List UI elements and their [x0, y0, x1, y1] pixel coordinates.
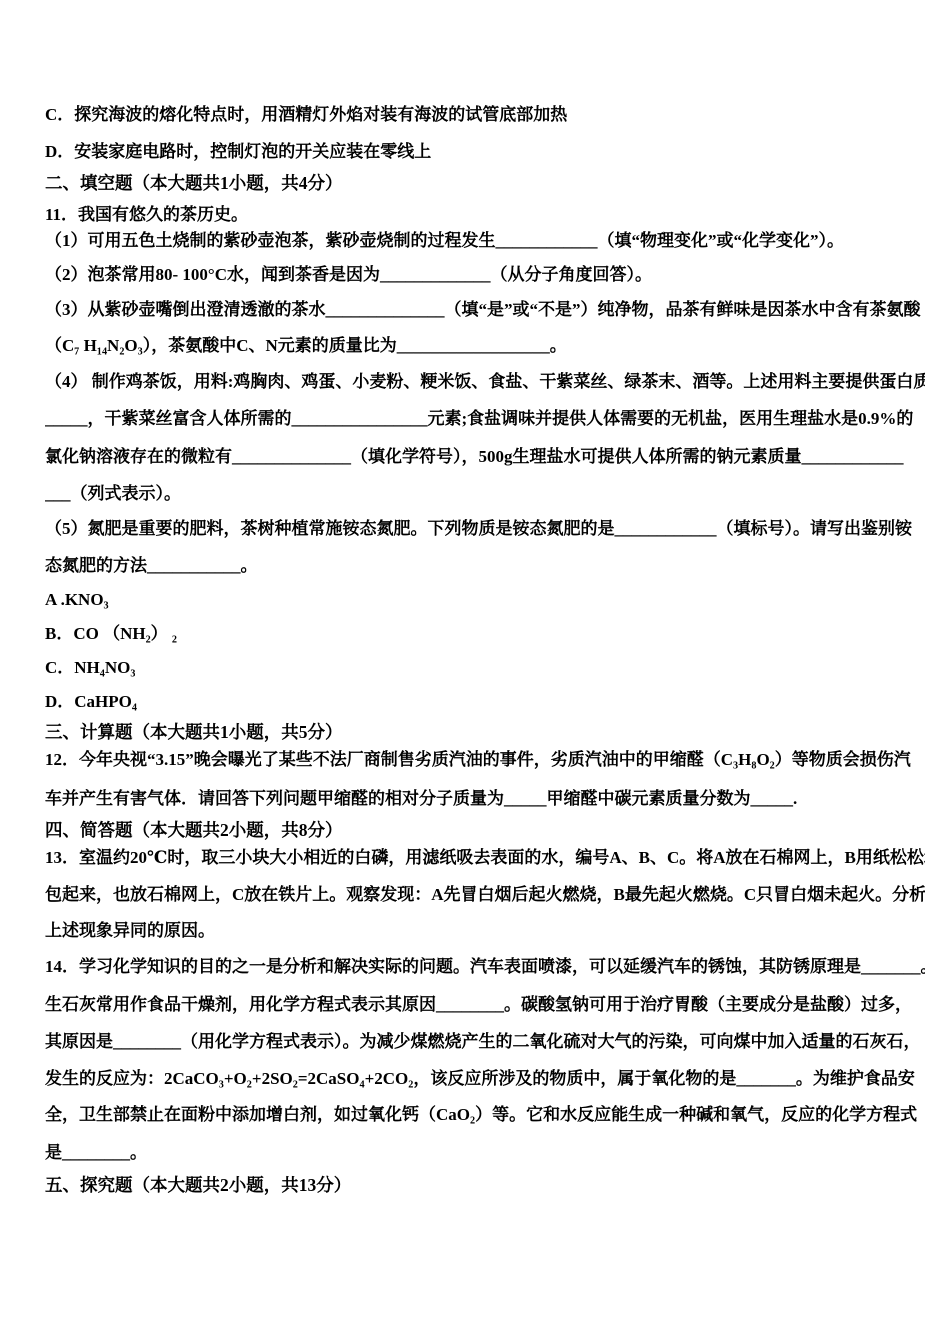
q14-line1: 14．学习化学知识的目的之一是分析和解决实际的问题。汽车表面喷漆，可以延缓汽车的… — [45, 956, 925, 977]
q11-choice-c: C．NH₄NO₃ — [45, 657, 135, 678]
q11-part2: （2）泡茶常用80- 100°C水，闻到茶香是因为_____________（从… — [45, 264, 652, 285]
q11-part3-line2: （C₇ H₁₄N₂O₃），茶氨酸中C、N元素的质量比为_____________… — [45, 335, 567, 356]
section-5-header: 五、探究题（本大题共2小题，共13分） — [45, 1175, 351, 1196]
q11-choice-d: D．CaHPO₄ — [45, 691, 137, 712]
q14-line6: 是________。 — [45, 1142, 147, 1163]
section-2-header: 二、填空题（本大题共1小题，共4分） — [45, 173, 343, 194]
q11-choice-a: A .KNO₃ — [45, 589, 109, 610]
q14-line4: 发生的反应为：2CaCO₃+O₂+2SO₂=2CaSO₄+2CO₂，该反应所涉及… — [45, 1068, 915, 1089]
q12-line1: 12．今年央视“3.15”晚会曝光了某些不法厂商制售劣质汽油的事件，劣质汽油中的… — [45, 749, 911, 770]
section-4-header: 四、简答题（本大题共2小题，共8分） — [45, 820, 343, 841]
q11-part4-line3: 氯化钠溶液存在的微粒有______________（填化学符号），500g生理盐… — [45, 446, 904, 467]
q11-part5-line2: 态氮肥的方法___________。 — [45, 555, 258, 576]
q14-line3: 其原因是________（用化学方程式表示）。为减少煤燃烧产生的二氧化硫对大气的… — [45, 1031, 921, 1052]
q14-line2: 生石灰常用作食品干燥剂，用化学方程式表示其原因________。碳酸氢钠可用于治… — [45, 994, 912, 1015]
q11-part5-line1: （5）氮肥是重要的肥料，茶树种植常施铵态氮肥。下列物质是铵态氮肥的是______… — [45, 518, 912, 539]
q11-choice-b: B．CO （NH₂） ₂ — [45, 623, 177, 644]
q11-part4-line4: ___（列式表示）。 — [45, 483, 181, 504]
q11-part3-line1: （3）从紫砂壶嘴倒出澄清透澈的茶水______________（填“是”或“不是… — [45, 299, 921, 320]
q13-line3: 上述现象异同的原因。 — [45, 920, 215, 941]
exam-document-page: C．探究海波的熔化特点时，用酒精灯外焰对装有海波的试管底部加热D．安装家庭电路时… — [0, 0, 950, 1344]
option-d: D．安装家庭电路时，控制灯泡的开关应装在零线上 — [45, 141, 431, 162]
q11-part4-line1: （4） 制作鸡茶饭，用料:鸡胸肉、鸡蛋、小麦粉、粳米饭、食盐、干紫菜丝、绿茶末、… — [45, 371, 925, 392]
q14-line5: 全，卫生部禁止在面粉中添加增白剂，如过氧化钙（CaO₂）等。它和水反应能生成一种… — [45, 1104, 917, 1125]
q11-intro: 11．我国有悠久的茶历史。 — [45, 204, 248, 225]
q13-line2: 包起来，也放石棉网上，C放在铁片上。观察发现：A先冒白烟后起火燃烧，B最先起火燃… — [45, 884, 925, 905]
q11-part4-line2: _____，干紫菜丝富含人体所需的________________元素;食盐调味… — [45, 408, 913, 429]
q13-line1: 13．室温约20℃时，取三小块大小相近的白磷，用滤纸吸去表面的水，编号A、B、C… — [45, 847, 925, 868]
q12-line2: 车并产生有害气体．请回答下列问题甲缩醛的相对分子质量为_____甲缩醛中碳元素质… — [45, 788, 797, 809]
q11-part1: （1）可用五色土烧制的紫砂壶泡茶，紫砂壶烧制的过程发生____________（… — [45, 230, 844, 251]
option-c: C．探究海波的熔化特点时，用酒精灯外焰对装有海波的试管底部加热 — [45, 104, 567, 125]
section-3-header: 三、计算题（本大题共1小题，共5分） — [45, 722, 343, 743]
